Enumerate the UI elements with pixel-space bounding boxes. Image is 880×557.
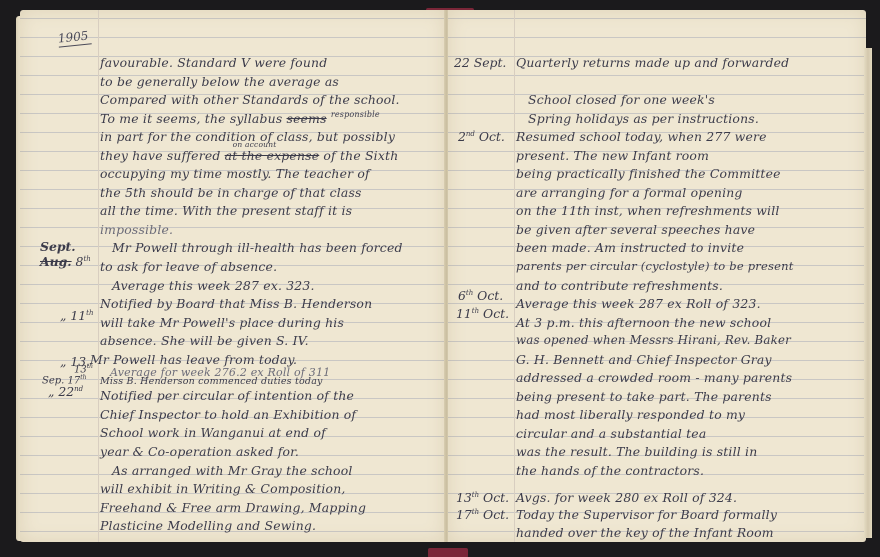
text-line: Notified per circular of intention of th… [100, 388, 354, 403]
text-line: circular and a substantial tea [516, 426, 706, 441]
text-line: will exhibit in Writing & Composition, [100, 481, 346, 496]
text-line: Miss B. Henderson commenced duties today [100, 376, 323, 387]
text-line: Compared with other Standards of the sch… [100, 92, 400, 107]
text-line: year & Co-operation asked for. [100, 444, 299, 459]
text-line: parents per circular (cyclostyle) to be … [516, 259, 794, 273]
text-line: School work in Wanganui at end of [100, 425, 326, 440]
text-line: they have suffered on accountat the expe… [100, 148, 398, 163]
text-line: Average this week 287 ex. 323. [112, 278, 315, 293]
text-line: to ask for leave of absence. [100, 259, 277, 274]
text-line: will take Mr Powell's place during his [100, 315, 344, 330]
text-line: Notified by Board that Miss B. Henderson [100, 296, 372, 311]
text-line: the hands of the contractors. [516, 463, 704, 478]
text-line: favourable. Standard V were found [100, 55, 327, 70]
text-line: being present to take part. The parents [516, 389, 772, 404]
text-line: G. H. Bennett and Chief Inspector Gray [516, 352, 772, 367]
text-line: had most liberally responded to my [516, 407, 745, 422]
text-line: absence. She will be given S. IV. [100, 333, 309, 348]
text-line: Average this week 287 ex Roll of 323. [516, 296, 761, 311]
left-page-text: favourable. Standard V were found to be … [20, 10, 445, 542]
text-line: present. The new Infant room [516, 148, 709, 163]
text-line: Resumed school today, when 277 were [516, 129, 767, 144]
left-page: 1905 Sept. Aug. 8th „ 11th „ 13. 13th Se… [20, 10, 445, 542]
text-line: addressed a crowded room - many parents [516, 370, 792, 385]
text-line: Chief Inspector to hold an Exhibition of [100, 407, 356, 422]
right-page: 22 Sept. 2nd Oct. 6th Oct. 11th Oct. 13t… [448, 10, 866, 542]
text-line: was opened when Messrs Hirani, Rev. Bake… [516, 333, 791, 347]
text-line: be given after several speeches have [516, 222, 755, 237]
text-line: At 3 p.m. this afternoon the new school [516, 315, 771, 330]
text-line: Plasticine Modelling and Sewing. [100, 518, 316, 533]
text-line: To me it seems, the syllabus seems respo… [100, 111, 380, 126]
open-log-book: 1905 Sept. Aug. 8th „ 11th „ 13. 13th Se… [8, 8, 876, 551]
text-line: on the 11th inst, when refreshments will [516, 203, 780, 218]
bookmark-ribbon-bottom [428, 548, 468, 557]
text-line: to be generally below the average as [100, 74, 339, 89]
text-line: the 5th should be in charge of that clas… [100, 185, 362, 200]
text-line: was the result. The building is still in [516, 444, 757, 459]
text-line: and to contribute refreshments. [516, 278, 723, 293]
text-line: Spring holidays as per instructions. [528, 111, 759, 126]
right-page-text: Quarterly returns made up and forwarded … [448, 10, 866, 542]
text-line: School closed for one week's [528, 92, 715, 107]
text-line: been made. Am instructed to invite [516, 240, 744, 255]
text-line: Freehand & Free arm Drawing, Mapping [100, 500, 366, 515]
text-line: Mr Powell through ill-health has been fo… [112, 240, 403, 255]
text-line: Avgs. for week 280 ex Roll of 324. [516, 490, 737, 505]
text-line: all the time. With the present staff it … [100, 203, 352, 218]
text-line: impossible. [100, 222, 173, 237]
page-edges-right [864, 48, 872, 538]
text-line: Today the Supervisor for Board formally [516, 507, 777, 522]
text-line: handed over the key of the Infant Room [516, 525, 774, 540]
text-line: Mr Powell has leave from today. [90, 352, 297, 367]
text-line: occupying my time mostly. The teacher of [100, 166, 370, 181]
text-line: Quarterly returns made up and forwarded [516, 55, 789, 70]
insertion-note: on account [233, 140, 277, 149]
text-line: As arranged with Mr Gray the school [112, 463, 353, 478]
text-line: being practically finished the Committee [516, 166, 781, 181]
text-line: are arranging for a formal opening [516, 185, 743, 200]
